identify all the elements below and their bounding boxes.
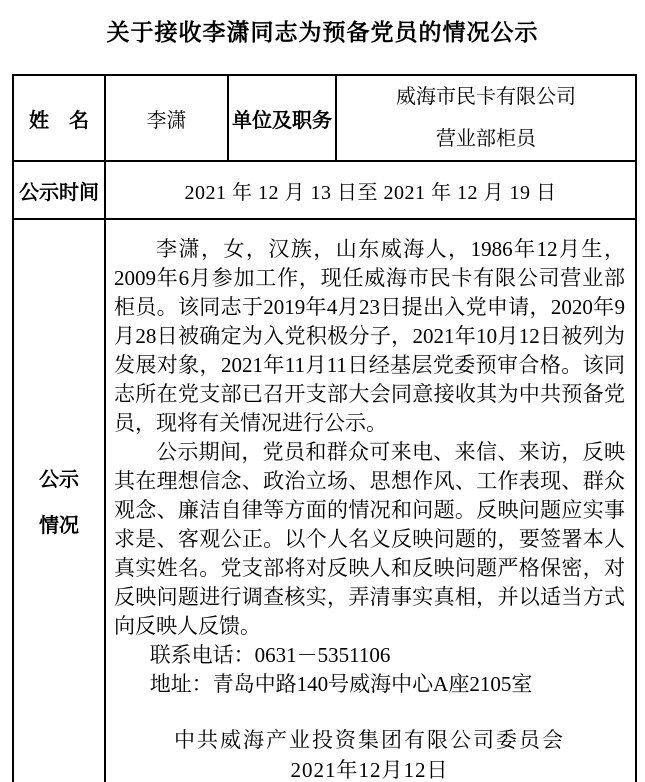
status-label-cell: 公示 情况 — [13, 219, 105, 782]
status-label-line2: 情况 — [14, 503, 104, 549]
page-title: 关于接收李潇同志为预备党员的情况公示 — [0, 0, 645, 48]
unit-label: 单位及职务 — [228, 75, 336, 161]
signature-block: 中共威海产业投资集团有限公司委员会 2021年12月12日 — [114, 725, 625, 782]
table-row-period: 公示时间 2021 年 12 月 13 日至 2021 年 12 月 19 日 — [13, 161, 636, 219]
status-label-line1: 公示 — [14, 457, 104, 503]
name-label: 姓 名 — [13, 75, 105, 161]
unit-value-cell: 威海市民卡有限公司 营业部柜员 — [336, 75, 636, 161]
unit-value-line2: 营业部柜员 — [337, 118, 635, 160]
unit-value-line1: 威海市民卡有限公司 — [337, 76, 635, 118]
status-paragraph-1: 李潇，女，汉族，山东威海人，1986年12月生，2009年6月参加工作，现任威海… — [114, 235, 625, 438]
contact-phone-line: 联系电话：0631－5351106 — [114, 641, 625, 670]
document-page: 关于接收李潇同志为预备党员的情况公示 姓 名 李潇 单位及职务 威海市民卡有限公… — [0, 0, 645, 782]
status-content-cell: 李潇，女，汉族，山东威海人，1986年12月生，2009年6月参加工作，现任威海… — [105, 219, 636, 782]
period-value: 2021 年 12 月 13 日至 2021 年 12 月 19 日 — [105, 161, 636, 219]
signature-date: 2021年12月12日 — [114, 755, 625, 782]
name-value: 李潇 — [105, 75, 228, 161]
table-row-status: 公示 情况 李潇，女，汉族，山东威海人，1986年12月生，2009年6月参加工… — [13, 219, 636, 782]
address-line: 地址：青岛中路140号威海中心A座2105室 — [114, 670, 625, 699]
table-row-name-unit: 姓 名 李潇 单位及职务 威海市民卡有限公司 营业部柜员 — [13, 75, 636, 161]
notice-table: 姓 名 李潇 单位及职务 威海市民卡有限公司 营业部柜员 公示时间 2021 年… — [12, 74, 637, 782]
status-paragraph-2: 公示期间，党员和群众可来电、来信、来访，反映其在理想信念、政治立场、思想作风、工… — [114, 438, 625, 641]
signature-committee: 中共威海产业投资集团有限公司委员会 — [114, 725, 625, 755]
period-label: 公示时间 — [13, 161, 105, 219]
